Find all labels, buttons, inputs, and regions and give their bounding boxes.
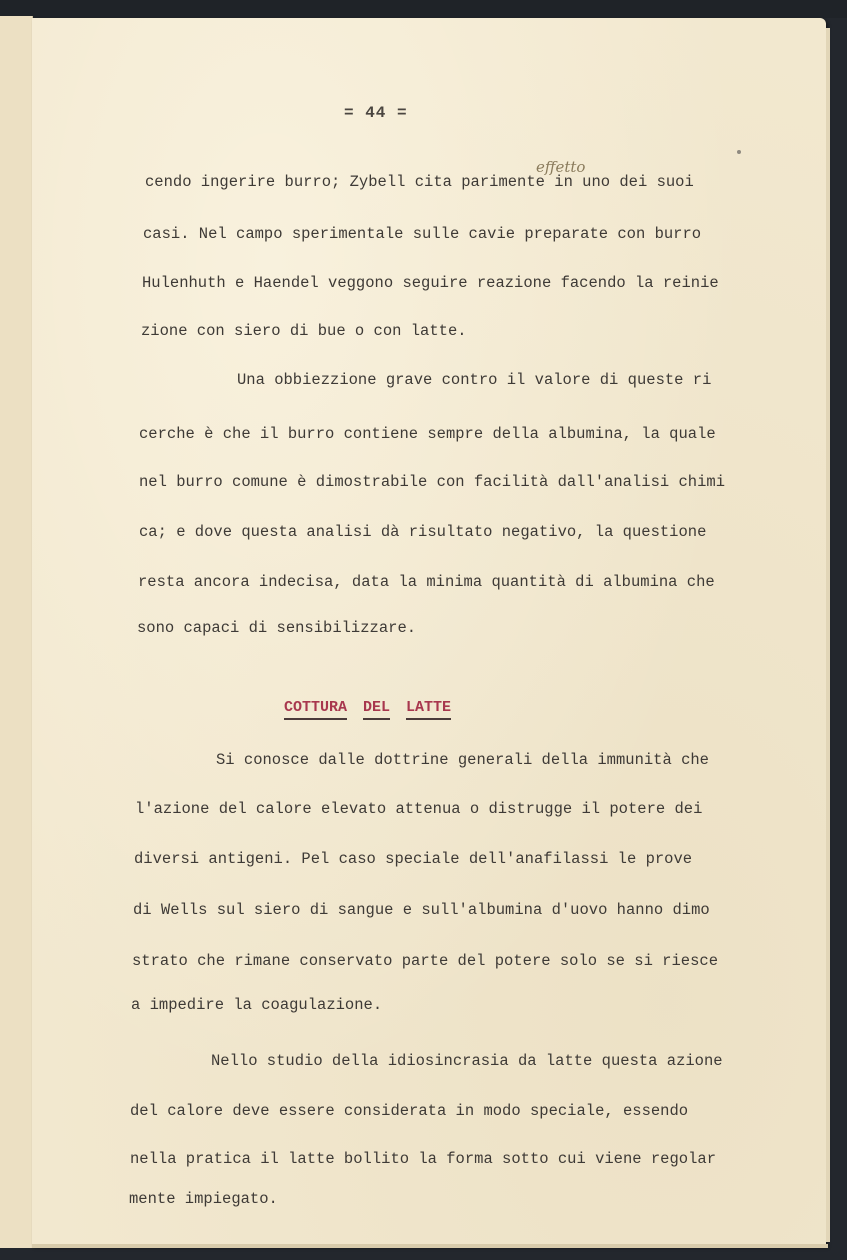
heading-word: COTTURA (284, 699, 347, 720)
text-line: Nello studio della idiosincrasia da latt… (211, 1052, 723, 1070)
heading-word: LATTE (406, 699, 451, 720)
scanner-backdrop (0, 0, 847, 18)
margin-mark (737, 150, 741, 154)
text-line: Si conosce dalle dottrine generali della… (216, 751, 709, 769)
text-line: strato che rimane conservato parte del p… (132, 952, 718, 970)
text-line: casi. Nel campo sperimentale sulle cavie… (143, 225, 701, 243)
page-stack-edge (826, 28, 830, 1242)
page-number: = 44 = (344, 104, 408, 122)
text-line: nel burro comune è dimostrabile con faci… (139, 473, 725, 491)
text-line: mente impiegato. (129, 1190, 278, 1208)
text-line: a impedire la coagulazione. (131, 996, 382, 1014)
text-line: zione con siero di bue o con latte. (141, 322, 467, 340)
section-heading: COTTURADELLATTE (266, 682, 467, 720)
text-line: nella pratica il latte bollito la forma … (130, 1150, 716, 1168)
facing-page-edge (0, 16, 33, 1248)
text-line: l'azione del calore elevato attenua o di… (135, 800, 702, 818)
text-line: di Wells sul siero di sangue e sull'albu… (133, 901, 710, 919)
text-line: cerche è che il burro contiene sempre de… (139, 425, 716, 443)
page-bottom-edge (32, 1244, 828, 1248)
text-line: resta ancora indecisa, data la minima qu… (138, 573, 715, 591)
text-line: sono capaci di sensibilizzare. (137, 619, 416, 637)
text-line: del calore deve essere considerata in mo… (130, 1102, 688, 1120)
heading-word: DEL (363, 699, 390, 720)
text-line: diversi antigeni. Pel caso speciale dell… (134, 850, 692, 868)
text-line: Una obbiezzione grave contro il valore d… (237, 371, 711, 389)
text-line: Hulenhuth e Haendel veggono seguire reaz… (142, 274, 719, 292)
text-line: ca; e dove questa analisi dà risultato n… (139, 523, 706, 541)
text-line: cendo ingerire burro; Zybell cita parime… (145, 173, 694, 191)
